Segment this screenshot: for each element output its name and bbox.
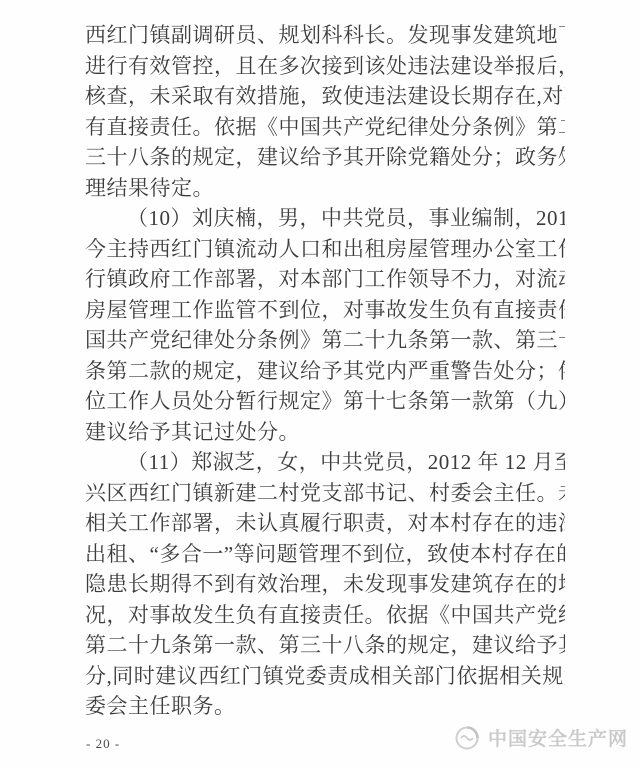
paragraph-item-11: （11）郑淑芝，女，中共党员，2012 年 12 月至今分别任大 兴区西红门镇新… <box>85 447 565 722</box>
text-line: 理结果待定。 <box>85 173 565 204</box>
circle-emblem-icon <box>454 725 480 751</box>
page-number: - 20 - <box>86 736 120 752</box>
text-line: 况，对事故发生负有直接责任。依据《中国共产党纪律处分条例》 <box>85 600 565 631</box>
text-line: 相关工作部署，未认真履行职责，对本村存在的违法建设、违规 <box>85 508 565 539</box>
document-body: 西红门镇副调研员、规划科科长。发现事发建筑地下空间后，未 进行有效管控，且在多次… <box>85 20 565 722</box>
text-line: 出租、“多合一”等问题管理不到位，致使本村存在的消防安全 <box>85 539 565 570</box>
text-line: （10）刘庆楠，男，中共党员，事业编制，2015 年 10 月至 <box>85 203 565 234</box>
text-line: 西红门镇副调研员、规划科科长。发现事发建筑地下空间后，未 <box>85 20 565 51</box>
text-line: 条第二款的规定，建议给予其党内严重警告处分；依据《事业单 <box>85 356 565 387</box>
text-line: 房屋管理工作监管不到位，对事故发生负有直接责任。依据《中 <box>85 295 565 326</box>
text-line: 行镇政府工作部署，对本部门工作领导不力，对流动人口和出租 <box>85 264 565 295</box>
text-line: 有直接责任。依据《中国共产党纪律处分条例》第二十七条、第 <box>85 112 565 143</box>
text-line: 国共产党纪律处分条例》第二十九条第一款、第三十八条、第十 <box>85 325 565 356</box>
text-line: 委会主任职务。 <box>85 691 565 722</box>
text-line: 今主持西红门镇流动人口和出租房屋管理办公室工作。未认真执 <box>85 234 565 265</box>
text-line: 隐患长期得不到有效治理，未发现事发建筑存在的地下施工情 <box>85 569 565 600</box>
text-line: 分,同时建议西红门镇党委责成相关部门依据相关规定罢免其村 <box>85 661 565 692</box>
text-line: 第二十九条第一款、第三十八条的规定，建议给予其开除党籍处 <box>85 630 565 661</box>
text-line: 核查，未采取有效措施，致使违法建设长期存在,对事故发生负 <box>85 81 565 112</box>
paragraph-continuation: 西红门镇副调研员、规划科科长。发现事发建筑地下空间后，未 进行有效管控，且在多次… <box>85 20 565 203</box>
text-line: 三十八条的规定，建议给予其开除党籍处分；政务处分视刑事处 <box>85 142 565 173</box>
text-line: 兴区西红门镇新建二村党支部书记、村委会主任。未执行镇政府 <box>85 478 565 509</box>
text-line: 进行有效管控，且在多次接到该处违法建设举报后，未认真进行 <box>85 51 565 82</box>
watermark-text: 中国安全生产网 <box>488 724 628 751</box>
paragraph-item-10: （10）刘庆楠，男，中共党员，事业编制，2015 年 10 月至 今主持西红门镇… <box>85 203 565 447</box>
text-line: 位工作人员处分暂行规定》第十七条第一款第（九）项的规定， <box>85 386 565 417</box>
text-line: （11）郑淑芝，女，中共党员，2012 年 12 月至今分别任大 <box>85 447 565 478</box>
text-line: 建议给予其记过处分。 <box>85 417 565 448</box>
document-page: 西红门镇副调研员、规划科科长。发现事发建筑地下空间后，未 进行有效管控，且在多次… <box>0 0 640 770</box>
watermark: 中国安全生产网 <box>454 724 628 751</box>
